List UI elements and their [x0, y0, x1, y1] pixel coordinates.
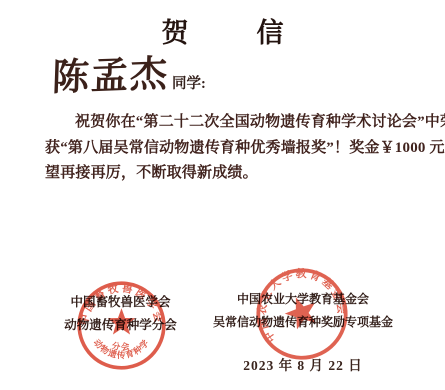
congratulation-letter-page: 贺 信 陈孟杰 同学: 祝贺你在“第二十二次全国动物遗传育种学术讨论会”中荣 获…: [0, 0, 445, 390]
salutation-suffix: 同学:: [172, 72, 206, 95]
right-org-line-1: 中国农业大学教育基金会: [210, 288, 396, 311]
recipient-name-handwritten: 陈孟杰: [51, 56, 169, 97]
seal-inner-text-2: 分会: [111, 340, 133, 353]
title-char-xin: 信: [257, 11, 284, 50]
body-line-3: 望再接再厉，不断取得新成绩。: [45, 161, 445, 187]
right-org-line-2: 吴常信动物遗传育种奖励专项基金: [210, 311, 396, 334]
left-org-line-2: 动物遗传育种学分会: [38, 314, 203, 337]
letter-body: 祝贺你在“第二十二次全国动物遗传育种学术讨论会”中荣 获“第八届吴常信动物遗传育…: [45, 110, 445, 187]
salutation: 陈孟杰 同学:: [52, 58, 206, 95]
title-char-he: 贺: [162, 11, 189, 50]
seal-inner-text-1: 动物遗传育种学: [92, 337, 152, 360]
body-line-2: 获“第八届吴常信动物遗传育种优秀墙报奖”！奖金￥1000 元。: [45, 136, 445, 162]
letter-date: 2023 年 8 月 22 日: [210, 354, 396, 374]
left-org-line-1: 中国畜牧兽医学会: [38, 291, 203, 314]
signature-right-org: 中国农业大学教育基金会 吴常信动物遗传育种奖励专项基金: [210, 288, 396, 334]
body-line-1: 祝贺你在“第二十二次全国动物遗传育种学术讨论会”中荣: [45, 110, 445, 136]
signature-left-org: 中国畜牧兽医学会 动物遗传育种学分会: [38, 291, 203, 337]
letter-title: 贺 信: [0, 11, 445, 50]
